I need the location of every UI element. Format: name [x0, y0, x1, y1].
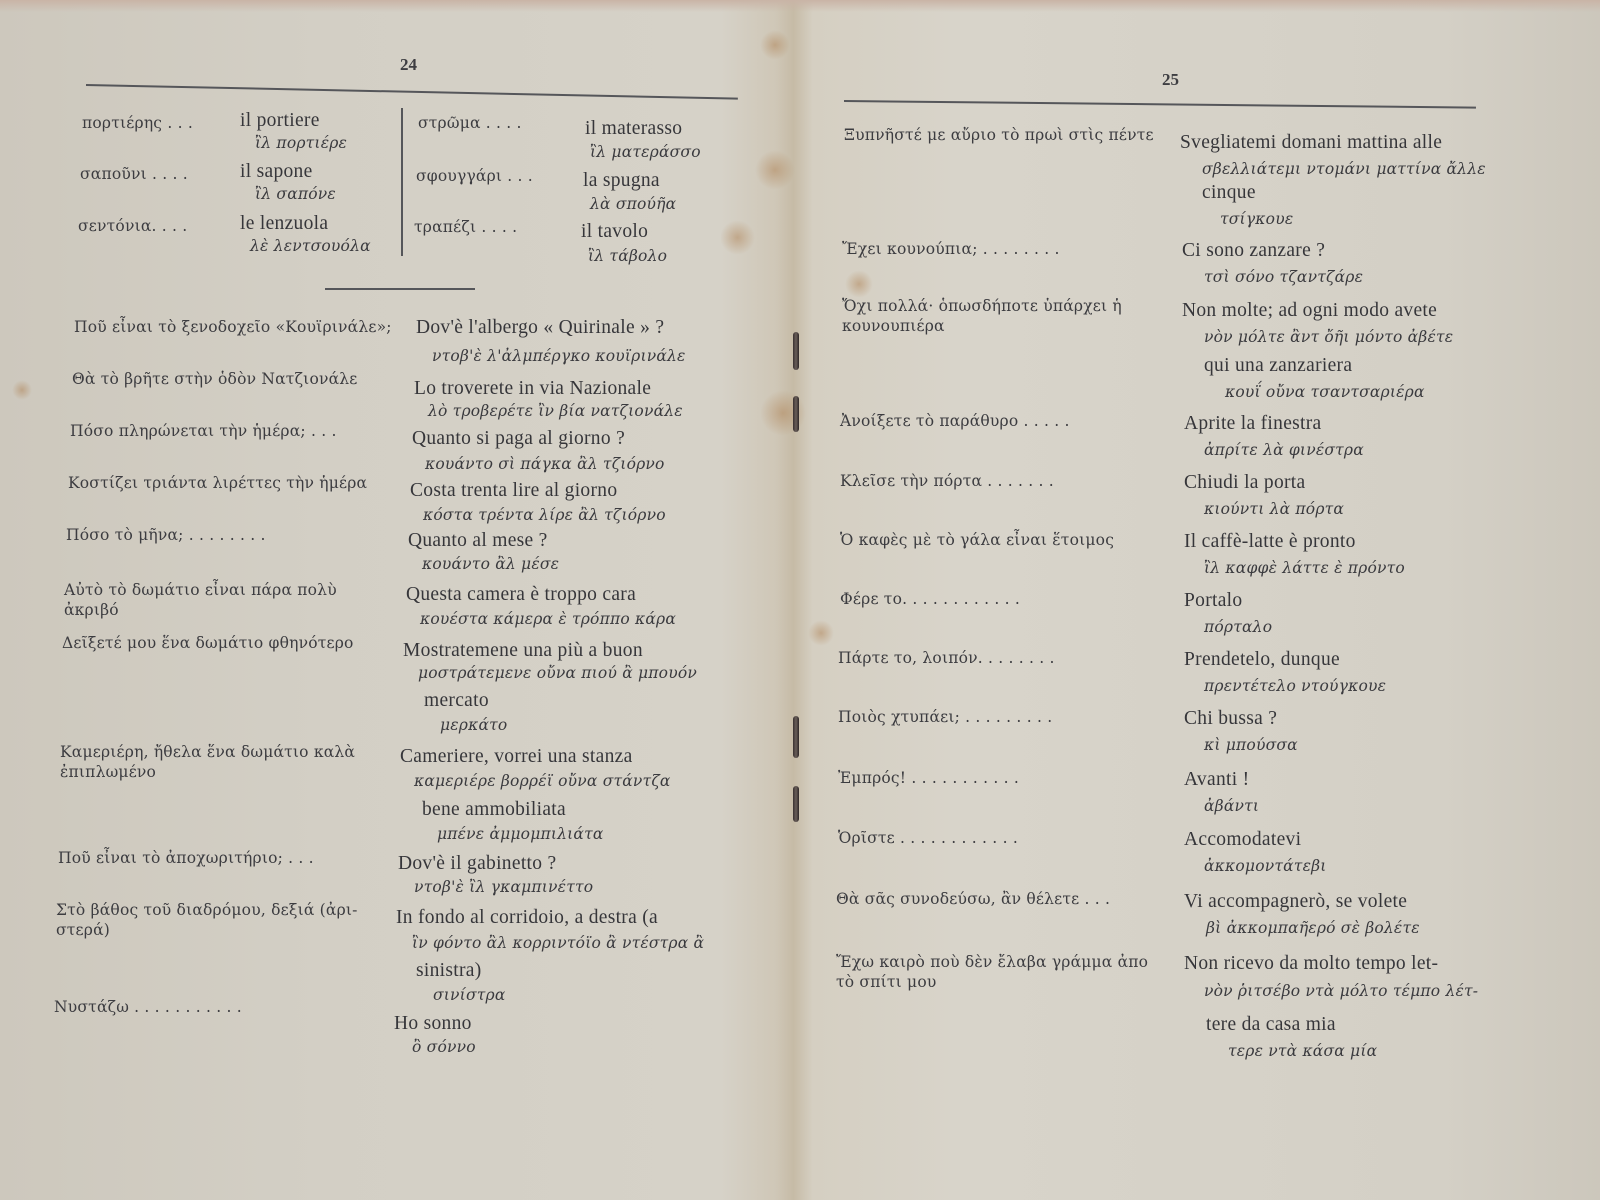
transliteration: κιούντι λὰ πόρτα [1204, 500, 1344, 518]
transliteration: κουάντο σὶ πάγκα ἂλ τζιόρνο [425, 455, 665, 473]
italian-phrase: In fondo al corridoio, a destra (a [396, 907, 658, 929]
transliteration-continued: σινίστρα [433, 986, 506, 1004]
greek-phrase: Πόσο πληρώνεται τὴν ἡμέρα; . . . [70, 422, 337, 440]
greek-phrase: Νυστάζω . . . . . . . . . . . [54, 998, 242, 1016]
greek-phrase: Ποιὸς χτυπάει; . . . . . . . . . [838, 708, 1052, 726]
transliteration: λὸ τροβερέτε ἲν βία νατζιονάλε [428, 402, 683, 420]
italian-phrase-continued: bene ammobiliata [422, 799, 566, 821]
transliteration: ντοβ'ὲ ἲλ γκαμπινέττο [414, 878, 593, 896]
header-rule [844, 100, 1476, 109]
header-rule [86, 84, 738, 100]
transliteration: νὸν μόλτε ἂντ ὄῆι μόντο ἀβέτε [1204, 328, 1453, 346]
italian-phrase: Non ricevo da molto tempo let- [1184, 953, 1438, 975]
italian-term: la spugna [583, 170, 660, 192]
italian-phrase: Ho sonno [394, 1013, 472, 1035]
greek-phrase: Θὰ τὸ βρῆτε στὴν ὁδὸν Νατζιονάλε [72, 370, 358, 388]
italian-phrase-continued: tere da casa mia [1206, 1014, 1336, 1036]
greek-phrase: Ξυπνῆστέ με αὔριο τὸ πρωὶ στὶς πέντε [844, 126, 1154, 144]
greek-term: τραπέζι . . . . [414, 218, 517, 236]
page-number: 25 [1162, 70, 1179, 90]
transliteration: ὂ σόννο [412, 1038, 476, 1056]
italian-term: le lenzuola [240, 213, 328, 235]
italian-phrase: Prendetelo, dunque [1184, 649, 1340, 671]
greek-phrase: Φέρε το. . . . . . . . . . . . [840, 590, 1020, 608]
greek-phrase: Αὐτὸ τὸ δωμάτιο εἶναι πάρα πολὺ ἀκριβό [64, 580, 384, 620]
italian-phrase: Dov'è il gabinetto ? [398, 853, 556, 875]
transliteration: ἀβάντι [1204, 797, 1259, 815]
transliteration-continued: μπένε ἀμμομπιλιάτα [437, 825, 604, 843]
binding-staple [793, 396, 799, 432]
transliteration: ἲλ πορτιέρε [255, 134, 347, 152]
italian-phrase: Dov'è l'albergo « Quirinale » ? [416, 317, 664, 339]
binding-staple [793, 716, 799, 758]
italian-phrase-continued: mercato [424, 690, 489, 712]
italian-term: il sapone [240, 161, 313, 183]
transliteration: ἲν φόντο ἂλ κορριντόϊο ἂ ντέστρα ἂ [412, 934, 704, 952]
italian-phrase: Svegliatemi domani mattina alle [1180, 132, 1442, 154]
greek-term: πορτιέρης . . . [82, 114, 193, 132]
section-divider [325, 288, 475, 290]
greek-phrase: Πάρτε το, λοιπόν. . . . . . . . [838, 649, 1055, 667]
greek-phrase: Ποῦ εἶναι τὸ ξενοδοχεῖο «Κουϊρινάλε»; [74, 318, 392, 336]
binding-staple [793, 332, 799, 370]
greek-phrase: Δεῖξετέ μου ἕνα δωμάτιο φθηνότερο [62, 634, 354, 652]
italian-phrase: Non molte; ad ogni modo avete [1182, 300, 1437, 322]
transliteration: κὶ μπούσσα [1204, 736, 1298, 754]
page-24: 24 πορτιέρης . . . il portiere ἲλ πορτιέ… [0, 0, 790, 1200]
italian-phrase-continued: cinque [1202, 182, 1256, 204]
page-number: 24 [400, 55, 417, 75]
greek-phrase: Ἔχει κουνούπια; . . . . . . . . [842, 240, 1060, 258]
transliteration-continued: τερε ντὰ κάσα μία [1228, 1042, 1377, 1060]
greek-phrase: Ποῦ εἶναι τὸ ἀποχωριτήριο; . . . [58, 849, 314, 867]
italian-phrase-continued: qui una zanzariera [1204, 355, 1352, 377]
transliteration: μοστράτεμενε οὔνα πιού ἂ μπουόν [418, 664, 697, 682]
transliteration: νὸν ῥιτσέβο ντὰ μόλτο τέμπο λέτ- [1204, 982, 1478, 1000]
transliteration: λὰ σπούῆα [590, 195, 676, 213]
greek-phrase: Ἀνοίξετε τὸ παράθυρο . . . . . [840, 412, 1070, 430]
italian-phrase: Portalo [1184, 590, 1242, 612]
greek-term: σαποῦνι . . . . [80, 165, 188, 183]
transliteration: ἲλ τάβολο [588, 247, 667, 265]
italian-phrase: Chiudi la porta [1184, 472, 1305, 494]
transliteration: πρεντέτελο ντούγκουε [1204, 677, 1386, 695]
transliteration: κουέστα κάμερα ὲ τρόππο κάρα [420, 610, 676, 628]
transliteration: ἀκκομοντάτεβι [1204, 857, 1327, 875]
transliteration: ἀπρίτε λὰ φινέστρα [1204, 441, 1364, 459]
book-spread: 24 πορτιέρης . . . il portiere ἲλ πορτιέ… [0, 0, 1600, 1200]
italian-phrase: Avanti ! [1184, 769, 1249, 791]
greek-phrase: Ὁρῖστε . . . . . . . . . . . . [838, 829, 1018, 847]
italian-phrase: Aprite la finestra [1184, 413, 1322, 435]
transliteration: τσὶ σόνο τζαντζάρε [1204, 268, 1363, 286]
greek-phrase: Ὄχι πολλά· ὁπωσδήποτε ὑπάρχει ἡ κουνουπι… [842, 296, 1172, 336]
italian-phrase: Quanto al mese ? [408, 530, 548, 552]
greek-phrase: Πόσο τὸ μῆνα; . . . . . . . . [66, 526, 266, 544]
transliteration: πόρταλο [1204, 618, 1272, 636]
italian-phrase: Chi bussa ? [1184, 708, 1277, 730]
italian-phrase: Il caffè-latte è pronto [1184, 531, 1356, 553]
italian-term: il materasso [585, 118, 682, 140]
transliteration: ἲλ καφφὲ λάττε ὲ πρόντο [1204, 559, 1405, 577]
italian-phrase: Costa trenta lire al giorno [410, 480, 617, 502]
transliteration-continued: μερκάτο [440, 716, 507, 734]
page-25: 25 Ξυπνῆστέ με αὔριο τὸ πρωὶ στὶς πέντε … [800, 0, 1600, 1200]
transliteration: βὶ ἀκκομπαῆερό σὲ βολέτε [1206, 919, 1420, 937]
greek-phrase: Ἐμπρός! . . . . . . . . . . . [838, 769, 1019, 787]
transliteration: ἲλ σαπόνε [255, 185, 336, 203]
italian-phrase: Lo troverete in via Nazionale [414, 378, 651, 400]
italian-phrase: Vi accompagnerò, se volete [1184, 891, 1407, 913]
greek-term: σεντόνια. . . . [78, 217, 187, 235]
transliteration: κόστα τρέντα λίρε ἂλ τζιόρνο [423, 506, 666, 524]
italian-term: il portiere [240, 110, 320, 132]
greek-phrase: Ἔχω καιρὸ ποὺ δὲν ἔλαβα γράμμα ἀπο τὸ σπ… [836, 952, 1166, 992]
binding-staple [793, 786, 799, 822]
transliteration: καμεριέρε βορρέϊ οὔνα στάντζα [414, 772, 671, 790]
italian-phrase: Questa camera è troppo cara [406, 584, 636, 606]
greek-phrase: Καμεριέρη, ἤθελα ἕνα δωμάτιο καλὰ ἐπιπλω… [60, 742, 386, 782]
transliteration-continued: κουΐ οὔνα τσαντσαριέρα [1225, 383, 1425, 401]
italian-term: il tavolo [581, 221, 648, 243]
italian-phrase-continued: sinistra) [416, 960, 482, 982]
transliteration: ντοβ'ὲ λ'ἀλμπέργκο κουϊρινάλε [432, 347, 686, 365]
greek-phrase: Κοστίζει τριάντα λιρέττες τὴν ἡμέρα [68, 474, 367, 492]
greek-phrase: Στὸ βάθος τοῦ διαδρόμου, δεξιά (ἀρι-στερ… [56, 900, 376, 940]
transliteration: σβελλιάτεμι ντομάνι ματτίνα ἄλλε [1202, 160, 1486, 178]
greek-term: στρῶμα . . . . [418, 114, 522, 132]
greek-phrase: Ὁ καφὲς μὲ τὸ γάλα εἶναι ἕτοιμος [840, 531, 1114, 549]
italian-phrase: Quanto si paga al giorno ? [412, 428, 625, 450]
italian-phrase: Ci sono zanzare ? [1182, 240, 1325, 262]
column-divider [401, 108, 403, 256]
italian-phrase: Mostratemene una più a buon [403, 640, 643, 662]
transliteration: λὲ λεντσουόλα [250, 237, 371, 255]
transliteration-continued: τσίγκουε [1220, 210, 1293, 228]
transliteration: κουάντο ἂλ μέσε [422, 555, 559, 573]
greek-phrase: Θὰ σᾶς συνοδεύσω, ἂν θέλετε . . . [836, 890, 1110, 908]
transliteration: ἲλ ματεράσσο [590, 143, 701, 161]
italian-phrase: Accomodatevi [1184, 829, 1301, 851]
greek-term: σφουγγάρι . . . [416, 167, 533, 185]
greek-phrase: Κλεῖσε τὴν πόρτα . . . . . . . [840, 472, 1054, 490]
italian-phrase: Cameriere, vorrei una stanza [400, 746, 633, 768]
